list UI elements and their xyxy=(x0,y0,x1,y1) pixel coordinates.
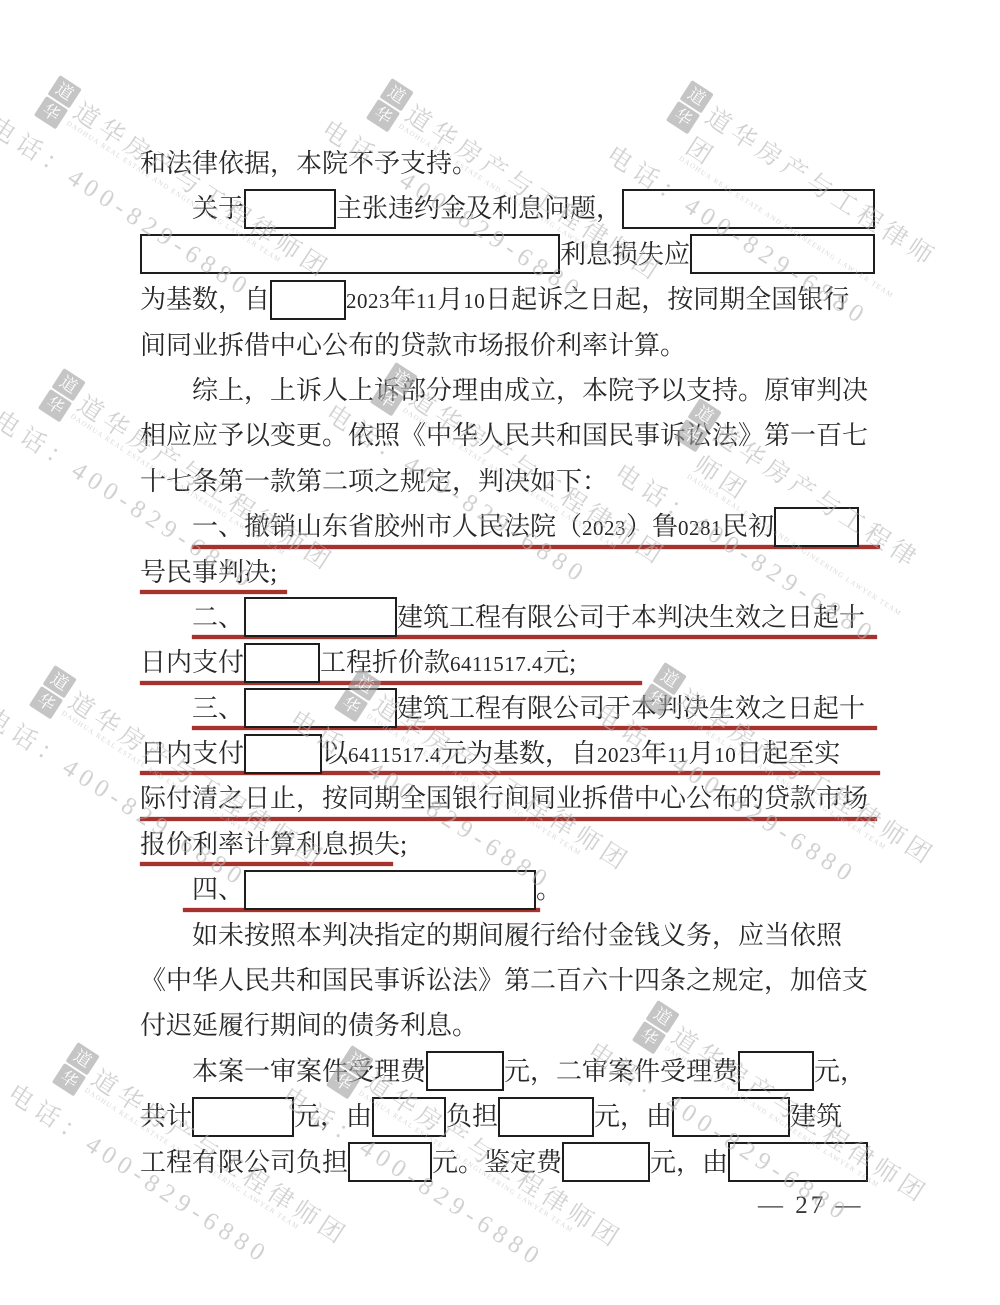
document-line: 一、撤销山东省胶州市人民法院（2023）鲁0281民初 xyxy=(140,504,885,549)
text-run: 综上，上诉人上诉部分理由成立，本院予以支持。原审判决 xyxy=(192,376,868,405)
red-underline xyxy=(140,817,877,821)
text-run: 号民事判决; xyxy=(140,558,277,587)
document-line: 二、建筑工程有限公司于本判决生效之日起十 xyxy=(140,595,885,640)
text-run: 元，由 xyxy=(650,1148,728,1177)
red-underline xyxy=(140,681,642,685)
text-run: 主张违约金及利息问题， xyxy=(336,194,622,223)
law-firm-logo-icon: 道华 xyxy=(666,80,714,134)
document-line: 《中华人民共和国民事诉讼法》第二百六十四条之规定，加倍支 xyxy=(140,958,885,1003)
document-line: 共计元，由负担元，由建筑 xyxy=(140,1094,885,1139)
redaction-box xyxy=(728,1142,868,1182)
redaction-box xyxy=(244,870,536,910)
text-run: 付迟延履行期间的债务利息。 xyxy=(140,1011,478,1040)
redaction-box xyxy=(348,1142,432,1182)
document-line: 工程有限公司负担元。鉴定费元，由 xyxy=(140,1140,885,1185)
document-line: 本案一审案件受理费元，二审案件受理费元， xyxy=(140,1049,885,1094)
scanned-judgment-page: { "page": { "number_label": "— 27 —", "b… xyxy=(0,0,1000,1305)
text-run: 本案一审案件受理费 xyxy=(192,1057,426,1086)
text-run: 工程有限公司负担 xyxy=(140,1148,348,1177)
redaction-box xyxy=(774,507,859,547)
document-line: 十七条第一款第二项之规定，判决如下： xyxy=(140,459,885,504)
redaction-box xyxy=(622,189,875,229)
text-run: 建筑 xyxy=(790,1102,842,1131)
text-run: 元，二审案件受理费 xyxy=(504,1057,738,1086)
document-line: 和法律依据，本院不予支持。 xyxy=(140,141,885,186)
redaction-box xyxy=(140,234,560,274)
document-line: 号民事判决; xyxy=(140,550,885,595)
text-run: 为基数，自 xyxy=(140,285,270,314)
redaction-box xyxy=(244,688,397,728)
text-run: 日内支付 xyxy=(140,739,244,768)
text-run: 如未按照本判决指定的期间履行给付金钱义务，应当依照 xyxy=(192,921,842,950)
text-run: 元。鉴定费 xyxy=(432,1148,562,1177)
text-run: 利息损失应 xyxy=(560,240,690,269)
redaction-box xyxy=(562,1142,650,1182)
law-firm-logo-icon: 道华 xyxy=(52,1042,100,1096)
document-line: 日内支付工程折价款6411517.4元; xyxy=(140,640,885,685)
document-line: 报价利率计算利息损失; xyxy=(140,822,885,867)
text-run: 十七条第一款第二项之规定，判决如下： xyxy=(140,467,608,496)
document-line: 利息损失应 xyxy=(140,232,885,277)
text-run: 共计 xyxy=(140,1102,192,1131)
text-run: 元，由 xyxy=(594,1102,672,1131)
redaction-box xyxy=(244,597,397,637)
red-underline xyxy=(140,862,393,866)
redaction-box xyxy=(244,643,320,683)
law-firm-logo-icon: 道华 xyxy=(38,368,86,422)
document-line: 如未按照本判决指定的期间履行给付金钱义务，应当依照 xyxy=(140,913,885,958)
text-run: 。 xyxy=(536,875,562,904)
text-run: 相应应予以变更。依照《中华人民共和国民事诉讼法》第一百七 xyxy=(140,421,868,450)
text-run: 四、 xyxy=(192,875,244,904)
text-run: 以6411517.4元为基数，自2023年11月10日起至实 xyxy=(322,739,840,768)
redaction-box xyxy=(372,1097,446,1137)
document-line: 为基数，自2023年11月10日起诉之日起，按同期全国银行 xyxy=(140,277,885,322)
text-run: 关于 xyxy=(192,194,244,223)
text-run: 二、 xyxy=(192,603,244,632)
document-line: 付迟延履行期间的债务利息。 xyxy=(140,1003,885,1048)
text-run: 2023年11月10日起诉之日起，按同期全国银行 xyxy=(346,285,849,314)
red-underline xyxy=(140,590,287,594)
text-run: 际付清之日止，按同期全国银行间同业拆借中心公布的贷款市场 xyxy=(140,784,868,813)
text-run: 日内支付 xyxy=(140,648,244,677)
text-run: 工程折价款6411517.4元; xyxy=(320,648,576,677)
redaction-box xyxy=(672,1097,790,1137)
redaction-box xyxy=(426,1051,504,1091)
document-line: 日内支付以6411517.4元为基数，自2023年11月10日起至实 xyxy=(140,731,885,776)
text-run: 间同业拆借中心公布的贷款市场报价利率计算。 xyxy=(140,331,686,360)
redaction-box xyxy=(738,1051,814,1091)
redaction-box xyxy=(192,1097,294,1137)
page-number: — 27 — xyxy=(758,1192,864,1220)
text-run: 和法律依据，本院不予支持。 xyxy=(140,149,478,178)
text-run: 一、撤销山东省胶州市人民法院（2023）鲁0281民初 xyxy=(192,512,774,541)
text-run: 元， xyxy=(814,1057,866,1086)
document-line: 四、。 xyxy=(140,867,885,912)
redaction-box xyxy=(244,189,336,229)
law-firm-logo-icon: 道华 xyxy=(366,78,414,132)
document-line: 间同业拆借中心公布的贷款市场报价利率计算。 xyxy=(140,323,885,368)
text-run: 报价利率计算利息损失; xyxy=(140,830,407,859)
law-firm-logo-icon: 道华 xyxy=(29,665,77,719)
redaction-box xyxy=(690,234,875,274)
redaction-box xyxy=(498,1097,594,1137)
redaction-box xyxy=(244,734,322,774)
redaction-box xyxy=(270,280,346,320)
document-line: 三、建筑工程有限公司于本判决生效之日起十 xyxy=(140,686,885,731)
document-line: 综上，上诉人上诉部分理由成立，本院予以支持。原审判决 xyxy=(140,368,885,413)
document-line: 相应应予以变更。依照《中华人民共和国民事诉讼法》第一百七 xyxy=(140,413,885,458)
law-firm-logo-icon: 道华 xyxy=(34,75,82,129)
text-run: 三、 xyxy=(192,694,244,723)
document-line: 际付清之日止，按同期全国银行间同业拆借中心公布的贷款市场 xyxy=(140,776,885,821)
text-run: 《中华人民共和国民事诉讼法》第二百六十四条之规定，加倍支 xyxy=(140,966,868,995)
document-line: 关于主张违约金及利息问题， xyxy=(140,186,885,231)
text-run: 元，由 xyxy=(294,1102,372,1131)
text-run: 负担 xyxy=(446,1102,498,1131)
judgment-text-block: 和法律依据，本院不予支持。关于主张违约金及利息问题，利息损失应为基数，自2023… xyxy=(140,141,885,1185)
text-run: 建筑工程有限公司于本判决生效之日起十 xyxy=(397,694,865,723)
text-run: 建筑工程有限公司于本判决生效之日起十 xyxy=(397,603,865,632)
